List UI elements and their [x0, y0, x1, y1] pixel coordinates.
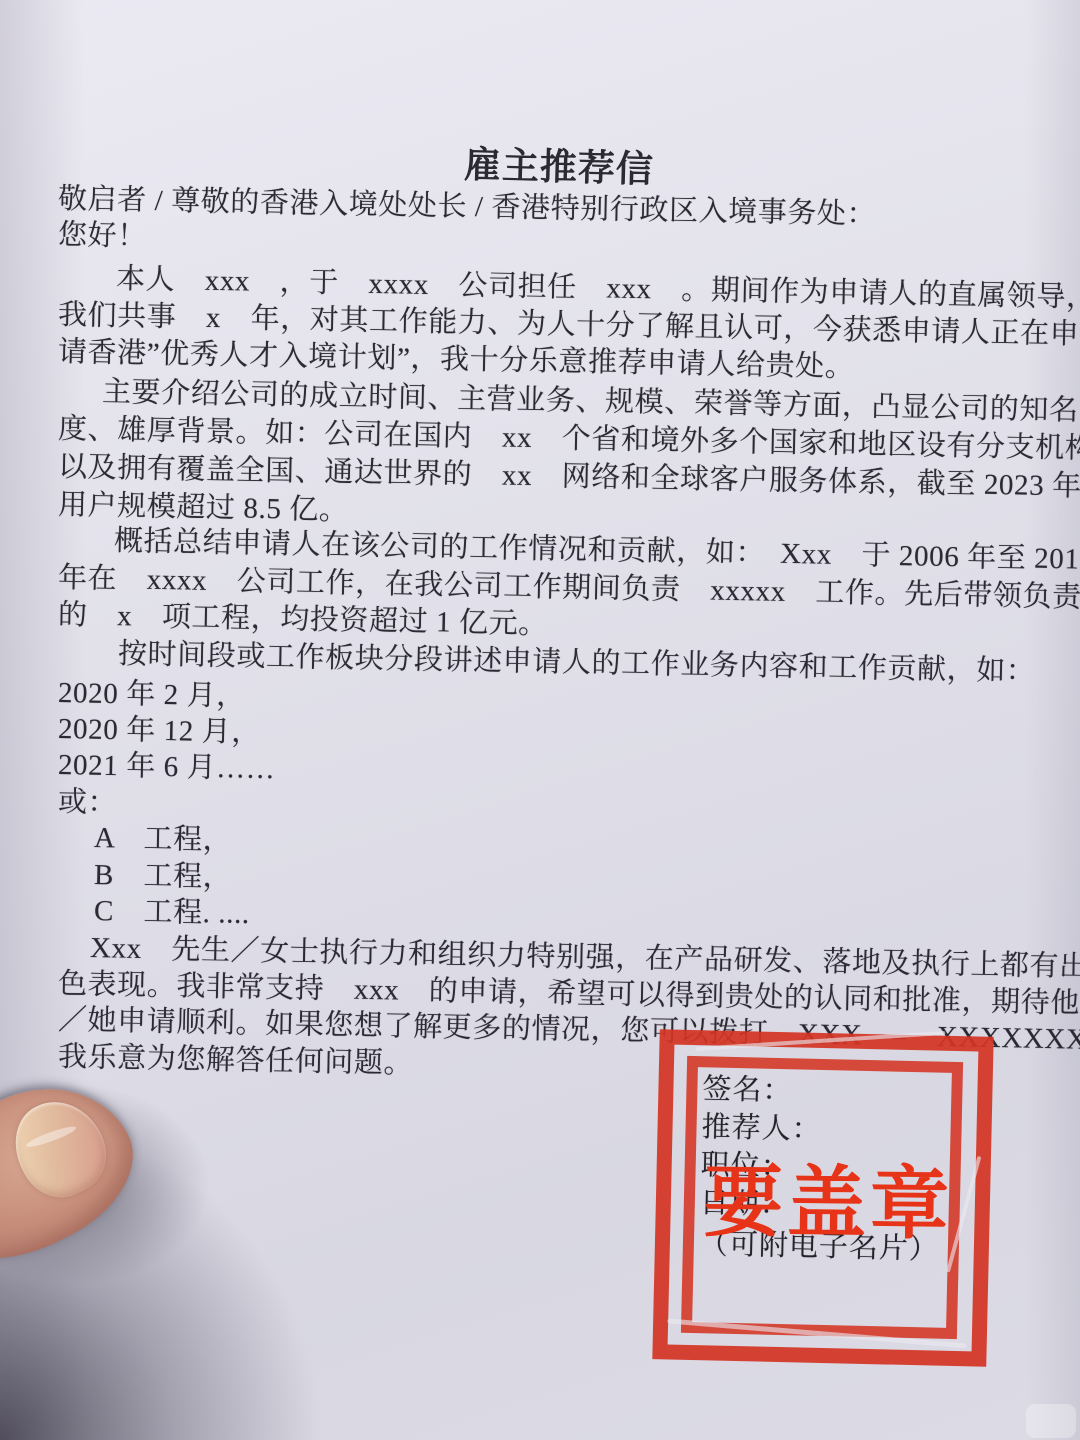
letter-line: 的 x 项工程，均投资超过 1 亿元。	[58, 598, 548, 641]
letter-line: 我乐意为您解答任何问题。	[58, 1040, 414, 1081]
letter-line: 用户规模超过 8.5 亿。	[58, 488, 349, 528]
stamp-required-text: 要盖章	[703, 1138, 953, 1255]
salutation-line: 敬启者 / 尊敬的香港入境处处长 / 香港特别行政区入境事务处：	[58, 182, 877, 232]
stamp-field-signature: 签名：	[702, 1070, 943, 1113]
letter-line: A 工程，	[94, 821, 233, 858]
stamp-box: 签名： 推荐人： 职位： 日期： （可附电子名片） 要盖章	[652, 1029, 993, 1366]
thumb-nail-highlight	[24, 1123, 77, 1150]
letter-line: 2021 年 6 月……	[58, 748, 276, 786]
letter-line: 按时间段或工作板块分段讲述申请人的工作业务内容和工作贡献，如：	[118, 637, 1036, 689]
watermark	[1026, 1404, 1076, 1438]
letter-line: 2020 年 12 月，	[58, 712, 262, 750]
letter-line: C 工程. ....	[94, 894, 250, 931]
greeting-line: 您好！	[58, 218, 147, 254]
page-title: 雇主推荐信	[463, 134, 654, 193]
letter-line: B 工程，	[94, 858, 233, 895]
letter-line: 2020 年 2 月，	[58, 676, 246, 714]
letter-photo: 雇主推荐信 敬启者 / 尊敬的香港入境处处长 / 香港特别行政区入境事务处： 您…	[0, 0, 1080, 1440]
letter-line: 或：	[58, 785, 118, 820]
thumb-nail	[0, 1086, 120, 1211]
